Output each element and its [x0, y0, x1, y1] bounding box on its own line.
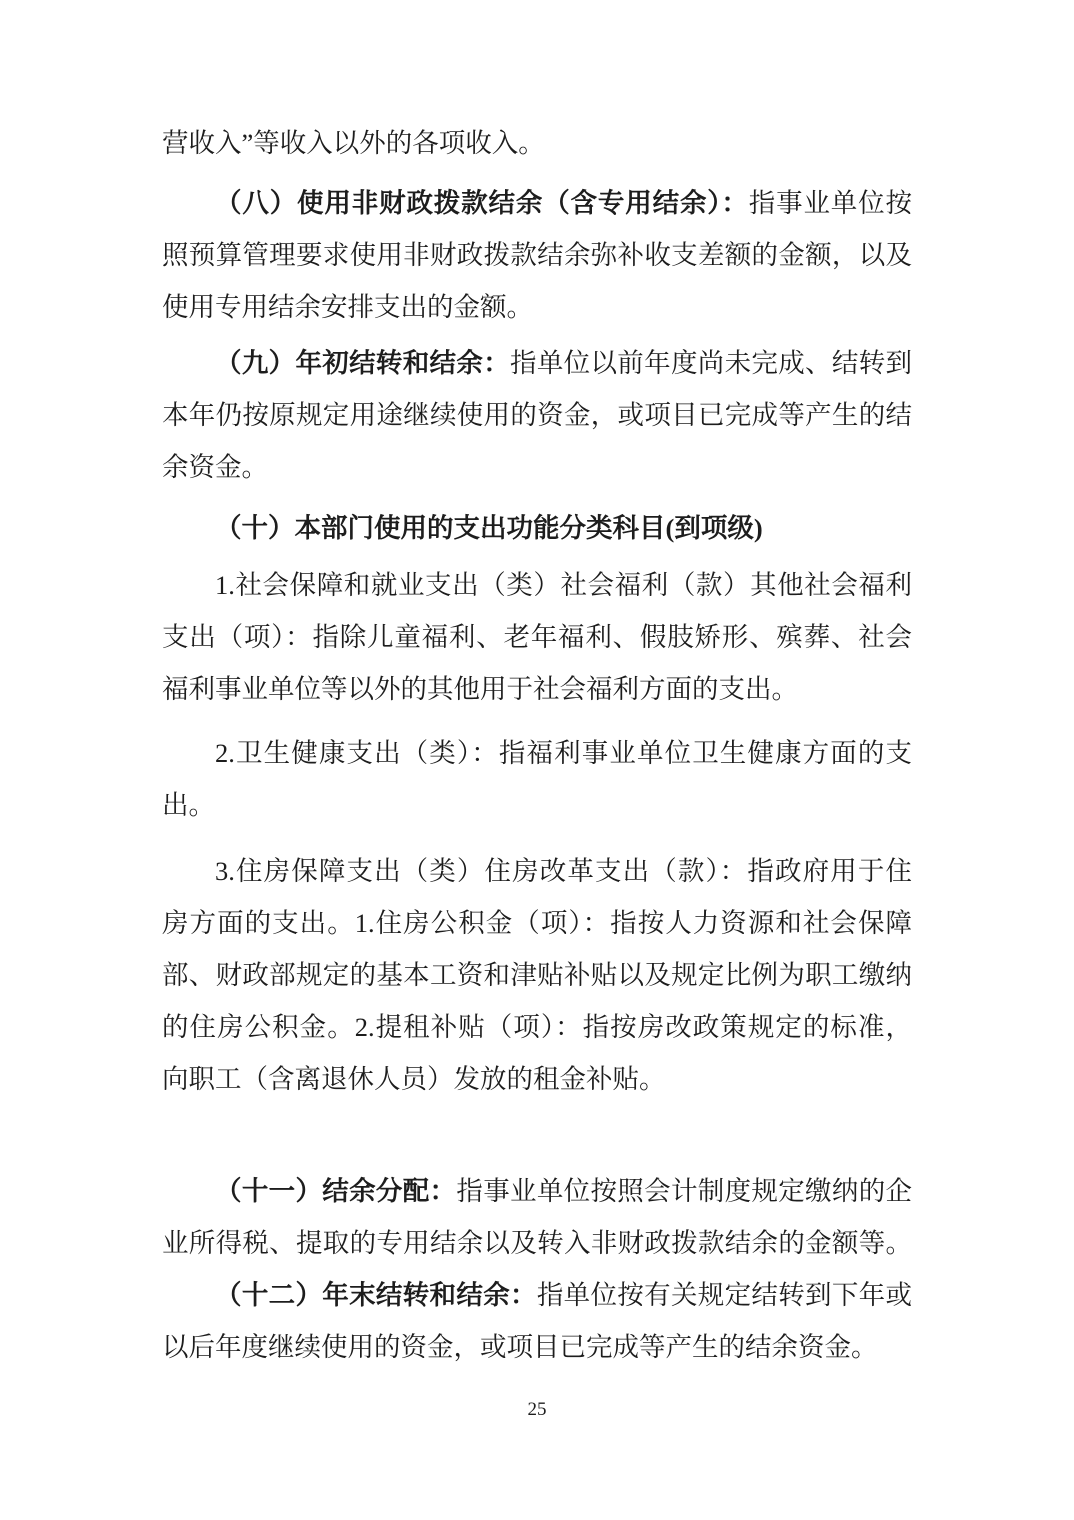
text-run: 1.社会保障和就业支出（类）社会福利（款）其他社会福利 — [215, 570, 912, 600]
text-run: 部、财政部规定的基本工资和津贴补贴以及规定比例为职工缴纳 — [162, 960, 912, 990]
text-run: 使用专用结余安排支出的金额。 — [162, 292, 533, 322]
text-line: （八）使用非财政拨款结余（含专用结余）：指事业单位按 — [162, 177, 912, 229]
text-run: 支出（项）：指除儿童福利、老年福利、假肢矫形、殡葬、社会 — [162, 622, 912, 652]
text-line: （十一）结余分配：指事业单位按照会计制度规定缴纳的企 — [162, 1165, 912, 1217]
para-9: （九）年初结转和结余：指单位以前年度尚未完成、结转到本年仍按原规定用途继续使用的… — [162, 337, 912, 493]
heading-10: （十）本部门使用的支出功能分类科目(到项级) — [162, 502, 912, 554]
text-run: 的住房公积金。2.提租补贴（项）：指按房改政策规定的标准， — [162, 1012, 912, 1042]
para-10-item-3: 3.住房保障支出（类）住房改革支出（款）：指政府用于住房方面的支出。1.住房公积… — [162, 845, 912, 1105]
bold-text-run: （十二）年末结转和结余： — [215, 1280, 537, 1310]
text-run: 营收入”等收入以外的各项收入。 — [162, 128, 545, 158]
text-run: 出。 — [162, 790, 215, 820]
text-line: 业所得税、提取的专用结余以及转入非财政拨款结余的金额等。 — [162, 1217, 912, 1269]
text-line: （九）年初结转和结余：指单位以前年度尚未完成、结转到 — [162, 337, 912, 389]
text-line: 1.社会保障和就业支出（类）社会福利（款）其他社会福利 — [162, 559, 912, 611]
text-line: 向职工（含离退休人员）发放的租金补贴。 — [162, 1053, 912, 1105]
para-8: （八）使用非财政拨款结余（含专用结余）：指事业单位按照预算管理要求使用非财政拨款… — [162, 177, 912, 333]
text-line: （十二）年末结转和结余：指单位按有关规定结转到下年或 — [162, 1269, 912, 1321]
para-10-item-2: 2.卫生健康支出（类）：指福利事业单位卫生健康方面的支出。 — [162, 727, 912, 831]
text-line: 照预算管理要求使用非财政拨款结余弥补收支差额的金额，以及 — [162, 229, 912, 281]
text-run: 照预算管理要求使用非财政拨款结余弥补收支差额的金额，以及 — [162, 240, 912, 270]
text-line: 余资金。 — [162, 441, 912, 493]
text-line: 2.卫生健康支出（类）：指福利事业单位卫生健康方面的支 — [162, 727, 912, 779]
text-line: 营收入”等收入以外的各项收入。 — [162, 117, 912, 169]
text-line: 的住房公积金。2.提租补贴（项）：指按房改政策规定的标准， — [162, 1001, 912, 1053]
text-run: 2.卫生健康支出（类）：指福利事业单位卫生健康方面的支 — [215, 738, 912, 768]
text-run: 指事业单位按照会计制度规定缴纳的企 — [456, 1176, 912, 1206]
text-run: 业所得税、提取的专用结余以及转入非财政拨款结余的金额等。 — [162, 1228, 912, 1258]
para-10-item-1: 1.社会保障和就业支出（类）社会福利（款）其他社会福利支出（项）：指除儿童福利、… — [162, 559, 912, 715]
para-intro-continuation: 营收入”等收入以外的各项收入。 — [162, 117, 912, 169]
page-footer: 25 — [0, 1398, 1074, 1422]
text-run: 3.住房保障支出（类）住房改革支出（款）：指政府用于住 — [215, 856, 912, 886]
page-number: 25 — [528, 1399, 547, 1420]
text-run: 房方面的支出。1.住房公积金（项）：指按人力资源和社会保障 — [162, 908, 912, 938]
text-run: 指事业单位按 — [749, 188, 912, 218]
text-run: 福利事业单位等以外的其他用于社会福利方面的支出。 — [162, 674, 798, 704]
text-line: 以后年度继续使用的资金，或项目已完成等产生的结余资金。 — [162, 1321, 912, 1373]
text-run: 余资金。 — [162, 452, 268, 482]
para-11: （十一）结余分配：指事业单位按照会计制度规定缴纳的企业所得税、提取的专用结余以及… — [162, 1165, 912, 1269]
bold-text-run: （十一）结余分配： — [215, 1176, 456, 1206]
text-run: 指单位按有关规定结转到下年或 — [537, 1280, 912, 1310]
text-line: 使用专用结余安排支出的金额。 — [162, 281, 912, 333]
bold-text-run: （八）使用非财政拨款结余（含专用结余）： — [215, 188, 749, 218]
text-line: 支出（项）：指除儿童福利、老年福利、假肢矫形、殡葬、社会 — [162, 611, 912, 663]
text-line: 出。 — [162, 779, 912, 831]
bold-text-run: （九）年初结转和结余： — [215, 348, 510, 378]
text-run: 向职工（含离退休人员）发放的租金补贴。 — [162, 1064, 666, 1094]
document-page: 营收入”等收入以外的各项收入。（八）使用非财政拨款结余（含专用结余）：指事业单位… — [0, 0, 1074, 1520]
text-line: 3.住房保障支出（类）住房改革支出（款）：指政府用于住 — [162, 845, 912, 897]
text-run: 指单位以前年度尚未完成、结转到 — [510, 348, 912, 378]
text-line: （十）本部门使用的支出功能分类科目(到项级) — [162, 502, 912, 554]
para-12: （十二）年末结转和结余：指单位按有关规定结转到下年或以后年度继续使用的资金，或项… — [162, 1269, 912, 1373]
text-run: 以后年度继续使用的资金，或项目已完成等产生的结余资金。 — [162, 1332, 878, 1362]
document-body: 营收入”等收入以外的各项收入。（八）使用非财政拨款结余（含专用结余）：指事业单位… — [162, 117, 912, 1373]
bold-text-run: （十）本部门使用的支出功能分类科目(到项级) — [215, 513, 763, 543]
text-line: 福利事业单位等以外的其他用于社会福利方面的支出。 — [162, 663, 912, 715]
text-line: 房方面的支出。1.住房公积金（项）：指按人力资源和社会保障 — [162, 897, 912, 949]
text-line: 部、财政部规定的基本工资和津贴补贴以及规定比例为职工缴纳 — [162, 949, 912, 1001]
text-line: 本年仍按原规定用途继续使用的资金，或项目已完成等产生的结 — [162, 389, 912, 441]
text-run: 本年仍按原规定用途继续使用的资金，或项目已完成等产生的结 — [162, 400, 912, 430]
